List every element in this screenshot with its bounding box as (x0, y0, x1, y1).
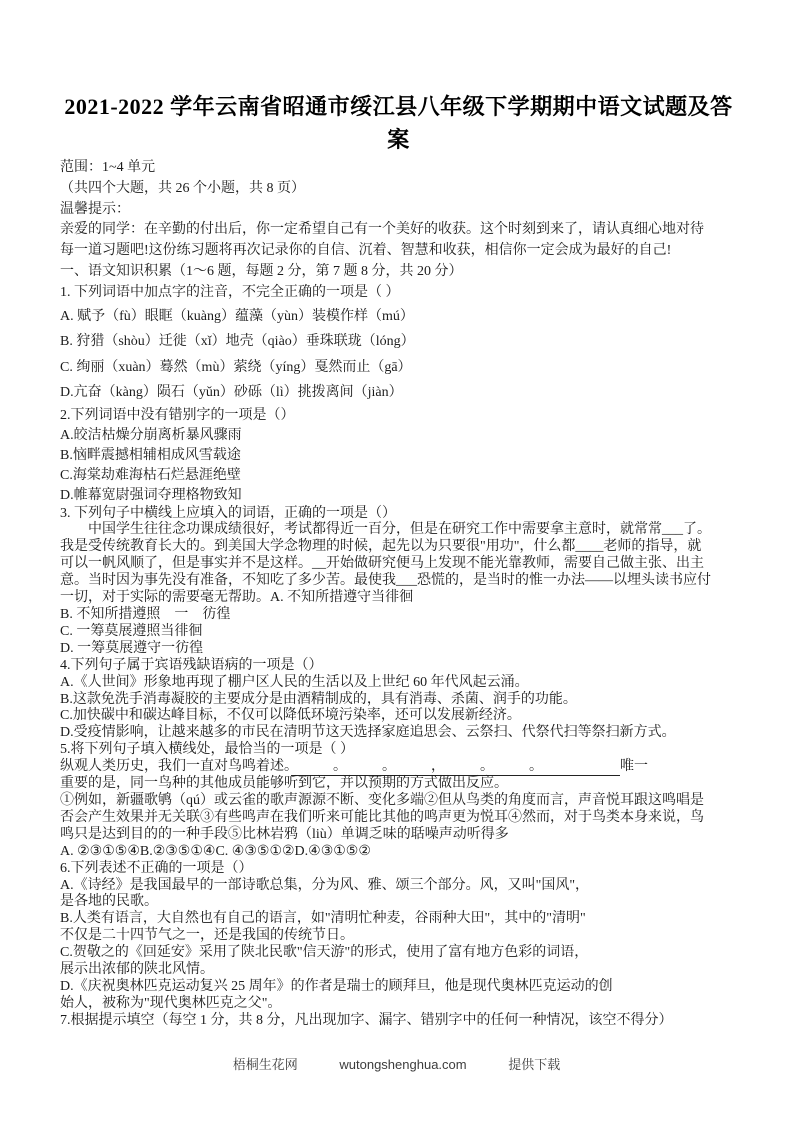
q3-para-line-4: 意。当时因为事先没有准备，不知吃了多少苦。最使我___恐慌的，是当时的惟一办法—… (60, 573, 737, 590)
q5-lead-line-2: 重要的是，同一鸟种的其他成员能够听到它，并以预期的方式做出反应。 (60, 776, 737, 793)
q4-option-b: B.这款免洗手消毒凝胶的主要成分是由酒精制成的，具有消毒、杀菌、润手的功能。 (60, 692, 737, 709)
q2-option-d: D.帷幕宽尉强词夺理格物致知 (60, 486, 737, 506)
footer-site-url: wutongshenghua.com (339, 1057, 466, 1072)
q3-para-line-1: 中国学生往往念功课成绩很好，考试都得近一百分，但是在研究工作中需要拿主意时，就常… (60, 522, 737, 539)
page-title-line2: 案 (60, 123, 737, 156)
q5-sentence-line-1: ①例如，新疆歌鸲（qú）或云雀的歌声源源不断、变化多端②但从鸟类的角度而言，声音… (60, 793, 737, 810)
q6-option-d-line-1: D.《庆祝奥林匹克运动复兴 25 周年》的作者是瑞士的顾拜旦，他是现代奥林匹克运… (60, 979, 737, 996)
q5-lead-line: 纵观人类历史，我们一直对鸟鸣着述。 。 。 ， 。 。 唯一 (60, 759, 737, 776)
page-title: 2021-2022 学年云南省昭通市绥江县八年级下学期期中语文试题及答 案 (60, 90, 737, 156)
intro-section: 范围：1~4 单元 （共四个大题，共 26 个小题，共 8 页） 温馨提示： 亲… (60, 158, 737, 304)
q2-option-b: B.恼畔震撼相辅相成风雪载途 (60, 446, 737, 466)
q5-options-line: A. ②③①⑤④B.②③⑤①④C. ④③⑤①②D.④③①⑤② (60, 844, 737, 861)
q3-option-c: C. 一筹莫展遵照当徘徊 (60, 624, 737, 641)
q3-para-line-5-option-a: 一切，对于实际的需要毫无帮助。A. 不知所措遵守当徘徊 (60, 590, 737, 607)
q5-sentence-line-3: 鸣只是达到目的的一种手段⑤比林岩鸦（liù）单调乏味的聒噪声动听得多 (60, 827, 737, 844)
q6-option-c-line-2: 展示出浓郁的陕北风情。 (60, 962, 737, 979)
q6-option-c-line-1: C.贺敬之的《回延安》采用了陕北民歌"信天游"的形式，使用了富有地方色彩的词语， (60, 945, 737, 962)
q3-option-d: D. 一筹莫展遵守一彷徨 (60, 641, 737, 658)
section1-heading: 一、语文知识积累（1～6 题，每题 2 分，第 7 题 8 分，共 20 分） (60, 262, 737, 283)
q2-stem: 2.下列词语中没有错别字的一项是（） (60, 406, 737, 426)
q2-block: 2.下列词语中没有错别字的一项是（） A.皎洁枯燥分崩离析暴风骤雨 B.恼畔震撼… (60, 406, 737, 506)
tips-line-2: 每一道习题吧!这份练习题将再次记录你的自信、沉着、智慧和收获，相信你一定会成为最… (60, 241, 737, 262)
q4-option-d: D.受疫情影响，让越来越多的市民在清明节这天选择家庭追思会、云祭扫、代祭代扫等祭… (60, 725, 737, 742)
q2-option-c: C.海棠劫难海枯石烂悬涯绝壁 (60, 466, 737, 486)
q5-sentence-line-2: 否会产生效果并无关联③有些鸣声在我们听来可能比其他的鸣声更为悦耳④然而，对于鸟类… (60, 810, 737, 827)
q1-option-a: A. 赋予（fù）眼眶（kuàng）蕴藻（yùn）装模作样（mú） (60, 304, 737, 330)
q3-stem: 3. 下列句子中横线上应填入的词语，正确的一项是（） (60, 506, 737, 523)
tips-label: 温馨提示： (60, 200, 737, 221)
exam-document-page: 2021-2022 学年云南省昭通市绥江县八年级下学期期中语文试题及答 案 范围… (0, 0, 793, 1122)
q6-option-b-line-1: B.人类有语言，大自然也有自己的语言，如"清明忙种麦，谷雨种大田"，其中的"清明… (60, 911, 737, 928)
q6-option-d-line-2: 始人，被称为"现代奥林匹克之父"。 (60, 996, 737, 1013)
q3-para-line-2: 我是受传统教育长大的。到美国大学念物理的时候，起先以为只要很"用功"，什么都__… (60, 539, 737, 556)
page-title-line1: 2021-2022 学年云南省昭通市绥江县八年级下学期期中语文试题及答 (60, 90, 737, 123)
q6-stem: 6.下列表述不正确的一项是（） (60, 861, 737, 878)
q6-option-a-line-1: A.《诗经》是我国最早的一部诗歌总集，分为风、雅、颂三个部分。风，又叫"国风"， (60, 878, 737, 895)
q1-option-b: B. 狩猎（shòu）迁徙（xǐ）地壳（qiào）垂珠联珑（lóng） (60, 329, 737, 355)
scope-line: 范围：1~4 单元 (60, 158, 737, 179)
q5-blank-underline: 。 。 ， 。 。 (291, 759, 620, 776)
q5-lead-prefix: 纵观人类历史，我们一直对鸟鸣着述。 (60, 759, 291, 774)
q3-para-line-3: 可以一帆风顺了，但是事实并不是这样。__开始做研究便马上发现不能光靠教师，需要自… (60, 556, 737, 573)
q4-stem: 4.下列句子属于宾语残缺语病的一项是（） (60, 658, 737, 675)
q6-option-b-line-2: 不仅是二十四节气之一，还是我国的传统节日。 (60, 928, 737, 945)
structure-line: （共四个大题，共 26 个小题，共 8 页） (60, 179, 737, 200)
q1-option-d: D.亢奋（kàng）陨石（yǔn）砂砾（lì）挑拨离间（jiàn） (60, 380, 737, 406)
q1-option-c: C. 绚丽（xuàn）蓦然（mù）萦绕（yíng）戛然而止（gā） (60, 355, 737, 381)
q1-options: A. 赋予（fù）眼眶（kuàng）蕴藻（yùn）装模作样（mú） B. 狩猎（… (60, 304, 737, 406)
footer-note: 提供下载 (508, 1057, 560, 1072)
tips-line-1: 亲爱的同学：在辛勤的付出后，你一定希望自己有一个美好的收获。这个时刻到来了，请认… (60, 220, 737, 241)
footer-site-name: 梧桐生花网 (233, 1057, 298, 1072)
lower-block: 3. 下列句子中横线上应填入的词语，正确的一项是（） 中国学生往往念功课成绩很好… (60, 506, 737, 1030)
q4-option-c: C.加快碳中和碳达峰目标，不仅可以降低环境污染率，还可以发展新经济。 (60, 708, 737, 725)
page-footer: 梧桐生花网 wutongshenghua.com 提供下载 (0, 1056, 793, 1074)
q5-lead-suffix: 唯一 (620, 759, 648, 774)
q5-stem: 5.将下列句子填入横线处，最恰当的一项是（ ） (60, 742, 737, 759)
q6-option-a-line-2: 是各地的民歌。 (60, 894, 737, 911)
q3-option-b: B. 不知所措遵照 一 彷徨 (60, 607, 737, 624)
document-content: 2021-2022 学年云南省昭通市绥江县八年级下学期期中语文试题及答 案 范围… (60, 90, 737, 1030)
q2-option-a: A.皎洁枯燥分崩离析暴风骤雨 (60, 426, 737, 446)
q7-stem: 7.根据提示填空（每空 1 分，共 8 分，凡出现加字、漏字、错别字中的任何一种… (60, 1013, 737, 1030)
q4-option-a: A.《人世间》形象地再现了棚户区人民的生活以及上世纪 60 年代风起云涌。 (60, 675, 737, 692)
q1-stem: 1. 下列词语中加点字的注音，不完全正确的一项是（ ） (60, 283, 737, 304)
